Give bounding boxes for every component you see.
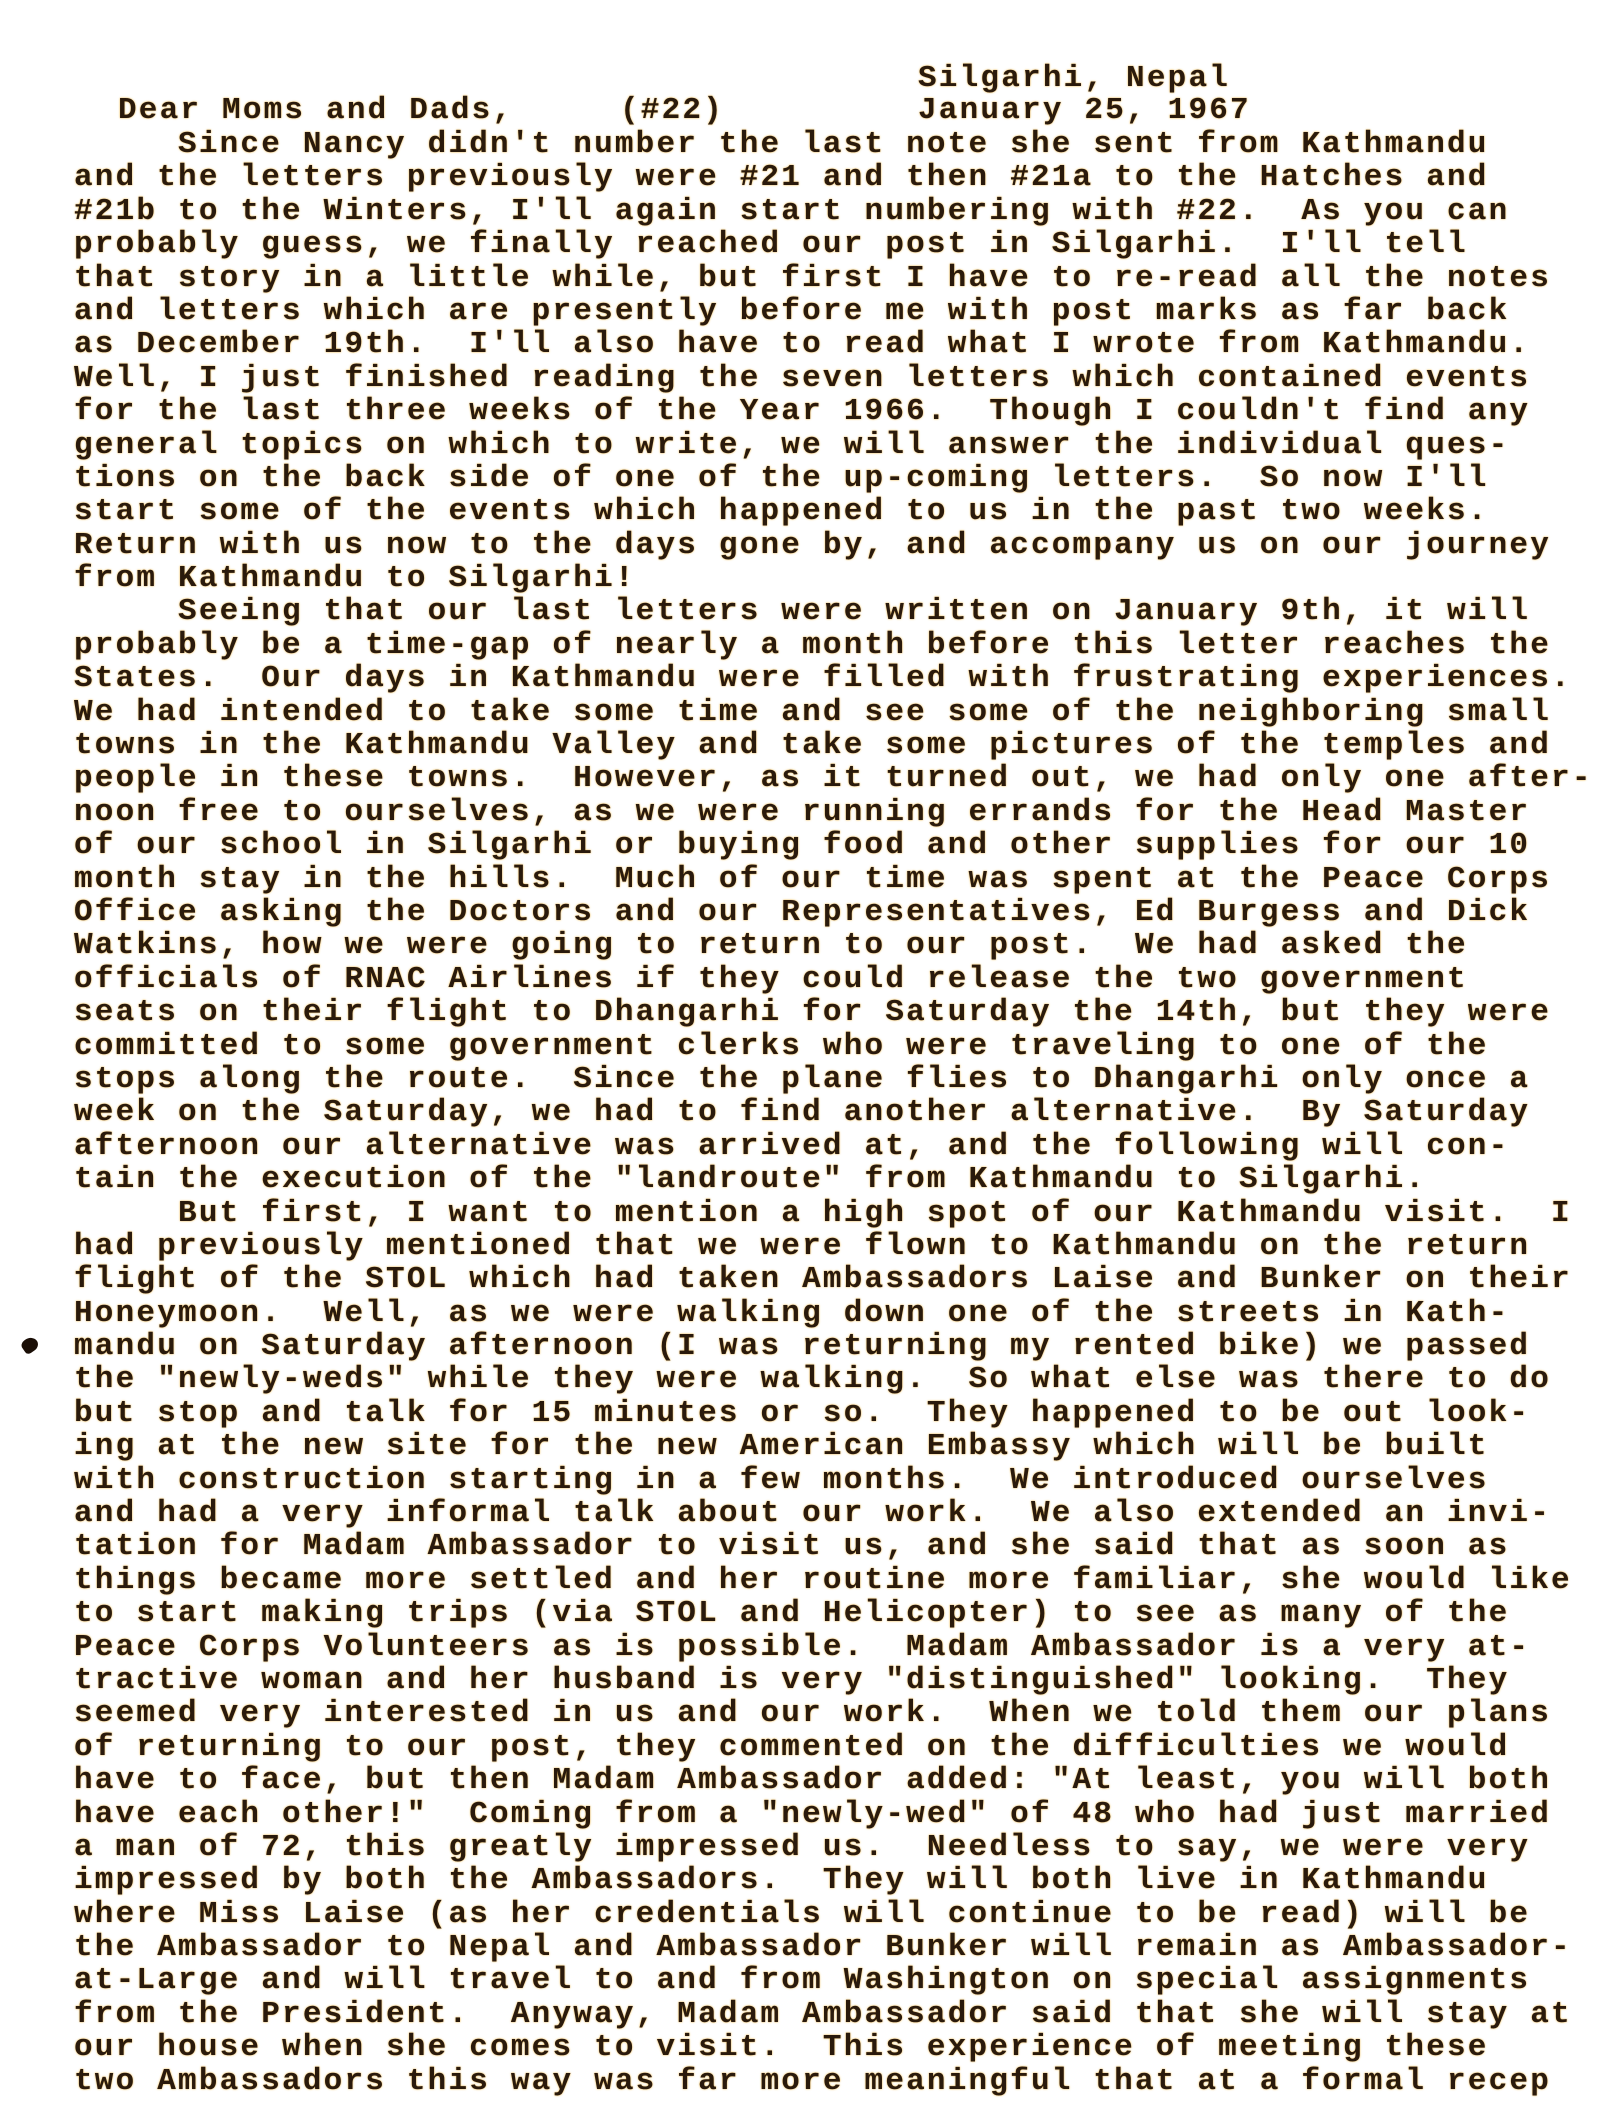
letter-line: committed to some government clerks who … <box>74 1030 1594 1063</box>
letter-line: and the letters previously were #21 and … <box>74 161 1594 194</box>
letter-line: tractive woman and her husband is very "… <box>74 1664 1594 1697</box>
letter-line: But first, I want to mention a high spot… <box>74 1197 1594 1230</box>
letter-line: flight of the STOL which had taken Ambas… <box>74 1263 1594 1296</box>
letter-line: and letters which are presently before m… <box>74 295 1594 328</box>
letter-page: Silgarhi, Nepal Dear Moms and Dads, (#22… <box>0 0 1604 2108</box>
letter-line: and had a very informal talk about our w… <box>74 1497 1594 1530</box>
letter-line: with construction starting in a few mont… <box>74 1464 1594 1497</box>
letter-line: month stay in the hills. Much of our tim… <box>74 863 1594 896</box>
letter-line: Well, I just finished reading the seven … <box>74 362 1594 395</box>
letter-line: for the last three weeks of the Year 196… <box>74 395 1594 428</box>
letter-line: #21b to the Winters, I'll again start nu… <box>74 195 1594 228</box>
letter-date: January 25, 1967 <box>918 94 1251 128</box>
letter-line: a man of 72, this greatly impressed us. … <box>74 1831 1594 1864</box>
letter-line: Watkins, how we were going to return to … <box>74 929 1594 962</box>
letter-line: had previously mentioned that we were fl… <box>74 1230 1594 1263</box>
letter-line: impressed by both the Ambassadors. They … <box>74 1864 1594 1897</box>
letter-line: the "newly-weds" while they were walking… <box>74 1363 1594 1396</box>
letter-line: seemed very interested in us and our wor… <box>74 1697 1594 1730</box>
letter-line: We had intended to take some time and se… <box>74 696 1594 729</box>
letter-line: general topics on which to write, we wil… <box>74 429 1594 462</box>
letter-line: week on the Saturday, we had to find ano… <box>74 1096 1594 1129</box>
letter-line: that story in a little while, but first … <box>74 262 1594 295</box>
letter-line: States. Our days in Kathmandu were fille… <box>74 662 1594 695</box>
margin-ink-mark <box>19 1335 40 1356</box>
letter-line: Peace Corps Volunteers as is possible. M… <box>74 1631 1594 1664</box>
letter-line: of returning to our post, they commented… <box>74 1731 1594 1764</box>
letter-line: tain the execution of the "landroute" fr… <box>74 1163 1594 1196</box>
letter-line: the Ambassador to Nepal and Ambassador B… <box>74 1931 1594 1964</box>
letter-line: have to face, but then Madam Ambassador … <box>74 1764 1594 1797</box>
letter-line: tation for Madam Ambassador to visit us,… <box>74 1530 1594 1563</box>
letter-line: Honeymoon. Well, as we were walking down… <box>74 1297 1594 1330</box>
letter-line: from the President. Anyway, Madam Ambass… <box>74 1998 1594 2031</box>
letter-line: our house when she comes to visit. This … <box>74 2031 1594 2064</box>
salutation: Dear Moms and Dads, <box>118 94 513 128</box>
letter-line: to start making trips (via STOL and Heli… <box>74 1597 1594 1630</box>
letter-line: from Kathmandu to Silgarhi! <box>74 562 1594 595</box>
letter-line: at-Large and will travel to and from Was… <box>74 1964 1594 1997</box>
letter-body: Since Nancy didn't number the last note … <box>74 128 1594 2098</box>
letter-line: mandu on Saturday afternoon (I was retur… <box>74 1330 1594 1363</box>
letter-line: but stop and talk for 15 minutes or so. … <box>74 1397 1594 1430</box>
letter-line: Since Nancy didn't number the last note … <box>74 128 1594 161</box>
letter-line: noon free to ourselves, as we were runni… <box>74 796 1594 829</box>
letter-line: tions on the back side of one of the up-… <box>74 462 1594 495</box>
letter-place: Silgarhi, Nepal <box>918 62 1230 96</box>
letter-line: ing at the new site for the new American… <box>74 1430 1594 1463</box>
letter-line: Return with us now to the days gone by, … <box>74 529 1594 562</box>
letter-line: towns in the Kathmandu Valley and take s… <box>74 729 1594 762</box>
letter-line: as December 19th. I'll also have to read… <box>74 328 1594 361</box>
letter-line: seats on their flight to Dhangarhi for S… <box>74 996 1594 1029</box>
letter-line: afternoon our alternative was arrived at… <box>74 1130 1594 1163</box>
letter-line: two Ambassadors this way was far more me… <box>74 2065 1594 2098</box>
letter-line: Seeing that our last letters were writte… <box>74 595 1594 628</box>
letter-line: of our school in Silgarhi or buying food… <box>74 829 1594 862</box>
letter-line: where Miss Laise (as her credentials wil… <box>74 1898 1594 1931</box>
letter-line: probably be a time-gap of nearly a month… <box>74 629 1594 662</box>
letter-line: things became more settled and her routi… <box>74 1564 1594 1597</box>
letter-line: stops along the route. Since the plane f… <box>74 1063 1594 1096</box>
letter-line: Office asking the Doctors and our Repres… <box>74 896 1594 929</box>
letter-line: start some of the events which happened … <box>74 495 1594 528</box>
letter-line: have each other!" Coming from a "newly-w… <box>74 1798 1594 1831</box>
letter-line: officials of RNAC Airlines if they could… <box>74 963 1594 996</box>
letter-number: (#22) <box>620 94 724 128</box>
letter-line: people in these towns. However, as it tu… <box>74 762 1594 795</box>
letter-line: probably guess, we finally reached our p… <box>74 228 1594 261</box>
